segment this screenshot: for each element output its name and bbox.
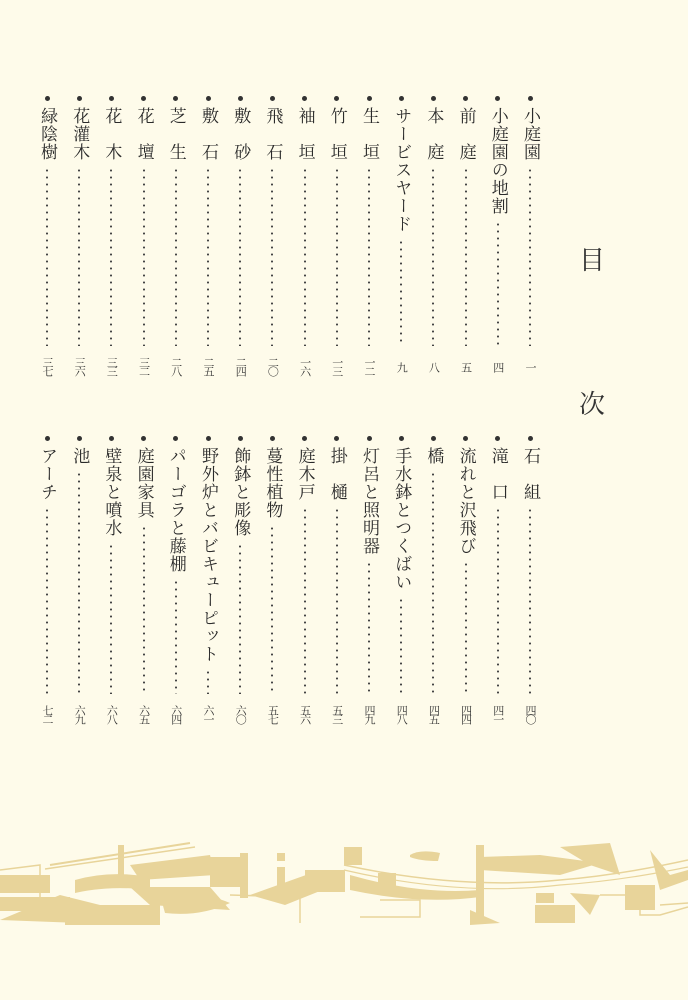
bullet-icon	[45, 436, 50, 441]
dot-leader	[239, 167, 241, 346]
dot-leader	[304, 507, 306, 694]
toc-entry-page-number: 三七	[37, 354, 57, 378]
dot-leader	[110, 167, 112, 346]
toc-entry[interactable]: 花灌木 三六	[67, 96, 91, 378]
dot-leader	[175, 167, 177, 346]
toc-entry-title: 本 庭	[423, 107, 443, 161]
toc-entry-title: 野外炉とバビキューピット	[198, 447, 218, 663]
dot-leader	[78, 471, 80, 694]
toc-entry[interactable]: 芝 生 二八	[164, 96, 188, 378]
bullet-icon	[173, 436, 178, 441]
toc-entry[interactable]: 飾鉢と彫像 六〇	[228, 436, 252, 726]
dot-leader	[529, 167, 531, 346]
decorative-ornament-band	[0, 835, 688, 930]
toc-entry-page-number: 七二	[37, 702, 57, 726]
toc-entry-page-number: 二五	[198, 354, 218, 378]
toc-entry-page-number: 二四	[230, 354, 250, 378]
dot-leader	[336, 167, 338, 346]
bullet-icon	[431, 96, 436, 101]
toc-entry-page-number: 五	[456, 354, 476, 378]
dot-leader	[400, 239, 402, 346]
toc-entry-title: 敷 砂	[230, 107, 250, 161]
toc-entry-title: 前 庭	[456, 107, 476, 161]
toc-entry-page-number: 四五	[423, 702, 443, 726]
toc-entry-page-number: 六〇	[230, 702, 250, 726]
bullet-icon	[431, 436, 436, 441]
toc-entry[interactable]: 竹 垣 一三	[325, 96, 349, 378]
dot-leader	[143, 167, 145, 346]
toc-entry[interactable]: 生 垣 一二	[357, 96, 381, 378]
dot-leader	[207, 167, 209, 346]
bullet-icon	[528, 436, 533, 441]
dot-leader	[336, 507, 338, 694]
toc-entry-page-number: 五三	[327, 702, 347, 726]
bullet-icon	[141, 96, 146, 101]
toc-entry-page-number: 三二	[134, 354, 154, 378]
dot-leader	[143, 525, 145, 694]
toc-entry-title: 流れと沢飛び	[456, 447, 476, 555]
toc-entry-title: 橋	[423, 447, 443, 465]
toc-entry-title: 飛 石	[262, 107, 282, 161]
bullet-icon	[206, 436, 211, 441]
toc-entry[interactable]: 灯呂と照明器 四九	[357, 436, 381, 726]
toc-heading: 目 次	[577, 248, 607, 418]
dot-leader	[368, 167, 370, 346]
dot-leader	[110, 543, 112, 694]
toc-entry-page-number: 二〇	[262, 354, 282, 378]
bullet-icon	[270, 96, 275, 101]
toc-entry-page-number: 六九	[69, 702, 89, 726]
toc-entry-title: 竹 垣	[327, 107, 347, 161]
toc-entry-page-number: 五七	[262, 702, 282, 726]
toc-entry[interactable]: 小庭園 一	[518, 96, 542, 378]
dot-leader	[78, 167, 80, 346]
toc-entry-title: 滝 口	[488, 447, 508, 501]
dot-leader	[465, 167, 467, 346]
toc-entry-title: 花 木	[101, 107, 121, 161]
toc-entry-page-number: 四八	[391, 702, 411, 726]
bullet-icon	[334, 96, 339, 101]
heading-char-1: 目	[579, 248, 605, 274]
toc-entry-title: 庭木戸	[295, 447, 315, 501]
toc-entry-page-number: 一三	[327, 354, 347, 378]
toc-entry[interactable]: 壁泉と噴水 六八	[99, 436, 123, 726]
toc-entry-title: パーゴラと藤棚	[166, 447, 186, 573]
toc-entry-page-number: 四〇	[520, 702, 540, 726]
toc-entry[interactable]: 石 組 四〇	[518, 436, 542, 726]
toc-entry[interactable]: 掛 樋 五三	[325, 436, 349, 726]
bullet-icon	[77, 436, 82, 441]
toc-entry-title: 池	[69, 447, 89, 465]
dot-leader	[239, 543, 241, 694]
bullet-icon	[334, 436, 339, 441]
toc-entry-title: 掛 樋	[327, 447, 347, 501]
toc-entry-title: 芝 生	[166, 107, 186, 161]
dot-leader	[175, 579, 177, 694]
toc-entry[interactable]: 袖 垣 一六	[293, 96, 317, 378]
bullet-icon	[109, 96, 114, 101]
toc-entry[interactable]: 前 庭 五	[454, 96, 478, 378]
bullet-icon	[173, 96, 178, 101]
toc-entry[interactable]: 本 庭 八	[421, 96, 445, 378]
dot-leader	[271, 525, 273, 694]
toc-entry[interactable]: 小庭園の地割 四	[486, 96, 510, 378]
bullet-icon	[109, 436, 114, 441]
bullet-icon	[367, 96, 372, 101]
bullet-icon	[399, 96, 404, 101]
bullet-icon	[367, 436, 372, 441]
toc-entry[interactable]: 緑陰樹 三七	[35, 96, 59, 378]
dot-leader	[465, 561, 467, 694]
toc-entry-page-number: 一	[520, 354, 540, 378]
toc-entry-title: 庭園家具	[134, 447, 154, 519]
bullet-icon	[399, 436, 404, 441]
bullet-icon	[238, 436, 243, 441]
toc-entry-page-number: 三六	[69, 354, 89, 378]
bullet-icon	[270, 436, 275, 441]
toc-entry-page-number: 八	[423, 354, 443, 378]
bullet-icon	[77, 96, 82, 101]
dot-leader	[432, 167, 434, 346]
dot-leader	[271, 167, 273, 346]
bullet-icon	[302, 436, 307, 441]
bullet-icon	[463, 436, 468, 441]
bullet-icon	[528, 96, 533, 101]
toc-entry-page-number: 六一	[198, 702, 218, 726]
bullet-icon	[45, 96, 50, 101]
toc-entry-page-number: 四四	[456, 702, 476, 726]
toc-entry-title: 袖 垣	[295, 107, 315, 161]
bullet-icon	[238, 96, 243, 101]
toc-entry-title: 花灌木	[69, 107, 89, 161]
toc-entry-title: サービスヤード	[391, 107, 411, 233]
toc-entry[interactable]: 手水鉢とつくばい 四八	[389, 436, 413, 726]
toc-entry-page-number: 四一	[488, 702, 508, 726]
dot-leader	[432, 471, 434, 694]
bullet-icon	[495, 436, 500, 441]
toc-entry[interactable]: 蔓性植物 五七	[260, 436, 284, 726]
toc-entry[interactable]: 滝 口 四一	[486, 436, 510, 726]
toc-entry-title: 石 組	[520, 447, 540, 501]
toc-entry[interactable]: 敷 石 二五	[196, 96, 220, 378]
toc-entry[interactable]: 敷 砂 二四	[228, 96, 252, 378]
bullet-icon	[495, 96, 500, 101]
toc-entry-title: 小庭園	[520, 107, 540, 161]
toc-entry-title: 手水鉢とつくばい	[391, 447, 411, 591]
dot-leader	[207, 669, 209, 694]
toc-entry-page-number: 一六	[295, 354, 315, 378]
toc-entry-title: 敷 石	[198, 107, 218, 161]
toc-entry-title: 緑陰樹	[37, 107, 57, 161]
toc-entry-page-number: 六四	[166, 702, 186, 726]
toc-entry[interactable]: 花 壇 三二	[132, 96, 156, 378]
toc-entry-title: 花 壇	[134, 107, 154, 161]
toc-entry[interactable]: 花 木 三三	[99, 96, 123, 378]
toc-entry[interactable]: 野外炉とバビキューピット 六一	[196, 436, 220, 726]
dot-leader	[46, 507, 48, 694]
toc-entry-title: 生 垣	[359, 107, 379, 161]
toc-entry-title: 灯呂と照明器	[359, 447, 379, 555]
toc-entry[interactable]: 飛 石 二〇	[260, 96, 284, 378]
toc-entry-page-number: 三三	[101, 354, 121, 378]
dot-leader	[304, 167, 306, 346]
toc-entry[interactable]: サービスヤード 九	[389, 96, 413, 378]
toc-entry-page-number: 五六	[295, 702, 315, 726]
toc-entry-title: 蔓性植物	[262, 447, 282, 519]
toc-entry-page-number: 九	[391, 354, 411, 378]
toc-entry[interactable]: 流れと沢飛び 四四	[454, 436, 478, 726]
bullet-icon	[463, 96, 468, 101]
toc-entry[interactable]: 池 六九	[67, 436, 91, 726]
dot-leader	[497, 221, 499, 346]
toc-entry[interactable]: 橋 四五	[421, 436, 445, 726]
toc-entry-page-number: 四	[488, 354, 508, 378]
toc-entry-page-number: 二八	[166, 354, 186, 378]
heading-char-2: 次	[579, 392, 605, 418]
table-of-contents-page: 目 次 小庭園 一 小庭園の地割 四 前 庭 五 本 庭 八 サービスヤード 九…	[0, 0, 688, 1000]
dot-leader	[497, 507, 499, 694]
dot-leader	[529, 507, 531, 694]
toc-entry[interactable]: アーチ 七二	[35, 436, 59, 726]
toc-entry[interactable]: 庭木戸 五六	[293, 436, 317, 726]
toc-entry-title: 飾鉢と彫像	[230, 447, 250, 537]
dot-leader	[46, 167, 48, 346]
bullet-icon	[302, 96, 307, 101]
toc-entry[interactable]: 庭園家具 六五	[132, 436, 156, 726]
toc-entry-title: 壁泉と噴水	[101, 447, 121, 537]
toc-entry-page-number: 一二	[359, 354, 379, 378]
toc-entry-page-number: 六八	[101, 702, 121, 726]
toc-entry-title: 小庭園の地割	[488, 107, 508, 215]
bullet-icon	[141, 436, 146, 441]
toc-entry-title: アーチ	[37, 447, 57, 501]
toc-entry-page-number: 四九	[359, 702, 379, 726]
dot-leader	[368, 561, 370, 694]
toc-entry[interactable]: パーゴラと藤棚 六四	[164, 436, 188, 726]
bullet-icon	[206, 96, 211, 101]
toc-entry-page-number: 六五	[134, 702, 154, 726]
dot-leader	[400, 597, 402, 694]
